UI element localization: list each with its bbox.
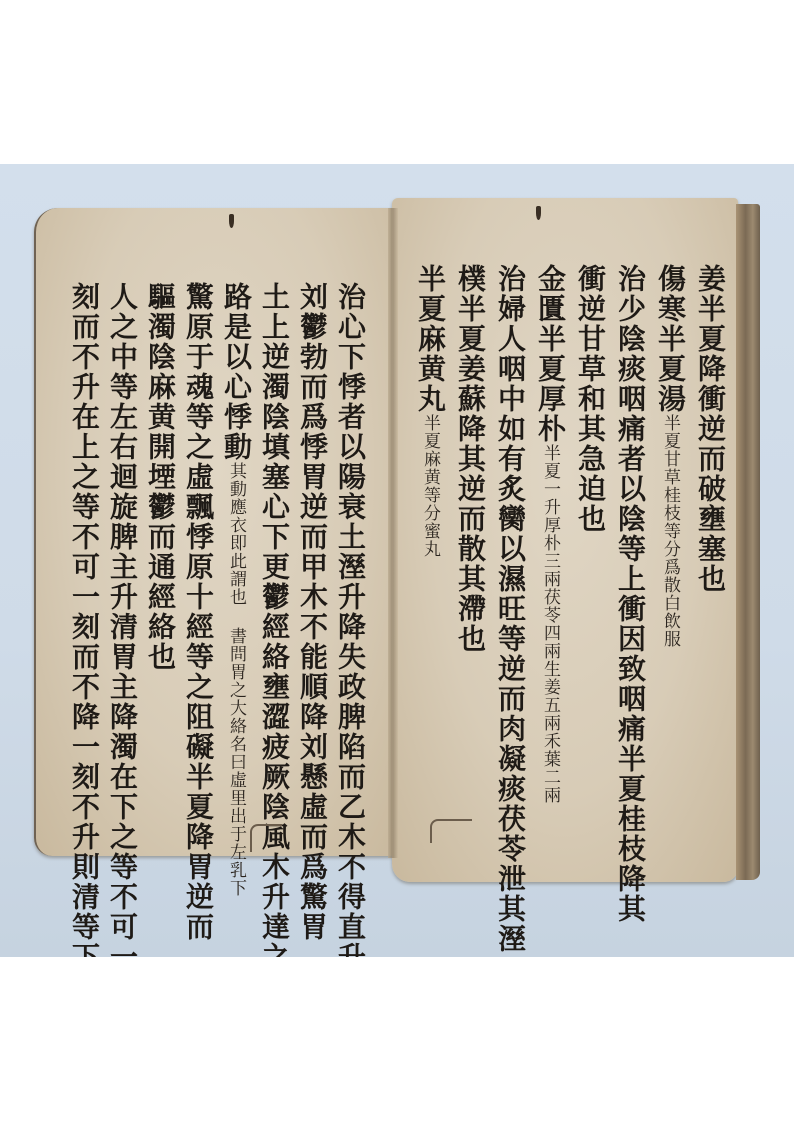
text-column: 姜半夏降衝逆而破壅塞也 — [684, 264, 724, 954]
book-gutter — [388, 208, 398, 858]
binding-hole-mark — [536, 206, 541, 220]
manuscript-photo: 姜半夏降衝逆而破壅塞也 傷寒半夏湯半夏甘草桂枝等分爲散白飲服 治少陰痰咽痛者以陰… — [0, 164, 794, 957]
text-column: 治婦人咽中如有炙臠以濕旺等逆而肉凝痰茯苓泄其溼 — [484, 264, 524, 954]
text-column: 路是以心悸動其動應衣即此謂也 書問胃之大絡名曰虛里出于左乳下 — [212, 282, 250, 957]
paper-tear — [430, 819, 472, 843]
text-column: 半夏麻黄丸半夏麻黄等分蜜丸 — [404, 264, 444, 954]
binding-hole-mark — [229, 214, 234, 228]
text-column: 驅濁陰麻黄開堙鬱而通經絡也 — [136, 282, 174, 957]
text-column: 刻而不升在上之等不可一刻而不降一刻不升則清等下陷 — [60, 282, 98, 957]
text-column: 驚原于魂等之虛飄悸原十經等之阻礙半夏降胃逆而 — [174, 282, 212, 957]
text-column: 衝逆甘草和其急迫也 — [564, 264, 604, 954]
right-page-text: 姜半夏降衝逆而破壅塞也 傷寒半夏湯半夏甘草桂枝等分爲散白飲服 治少陰痰咽痛者以陰… — [404, 264, 724, 954]
text-column: 治少陰痰咽痛者以陰等上衝因致咽痛半夏桂枝降其 — [604, 264, 644, 954]
text-column: 人之中等左右迴旋脾主升清胃主降濁在下之等不可一 — [98, 282, 136, 957]
page-block-edge — [736, 204, 760, 880]
paper-tear — [250, 824, 282, 852]
left-page-text: 治心下悸者以陽衰土溼升降失政脾陷而乙木不得直升 刘鬱勃而爲悸胃逆而甲木不能順降刘… — [60, 282, 364, 957]
text-column: 土上逆濁陰填塞心下更鬱經絡壅澀疲厥陰風木升達之 — [250, 282, 288, 957]
text-column: 傷寒半夏湯半夏甘草桂枝等分爲散白飲服 — [644, 264, 684, 954]
text-column: 樸半夏姜蘇降其逆而散其滯也 — [444, 264, 484, 954]
text-column: 治心下悸者以陽衰土溼升降失政脾陷而乙木不得直升 — [326, 282, 364, 957]
text-column: 刘鬱勃而爲悸胃逆而甲木不能順降刘懸虛而爲驚胃 — [288, 282, 326, 957]
text-column: 金匱半夏厚朴半夏一升厚朴三兩茯苓四兩生姜五兩禾葉二兩 — [524, 264, 564, 954]
